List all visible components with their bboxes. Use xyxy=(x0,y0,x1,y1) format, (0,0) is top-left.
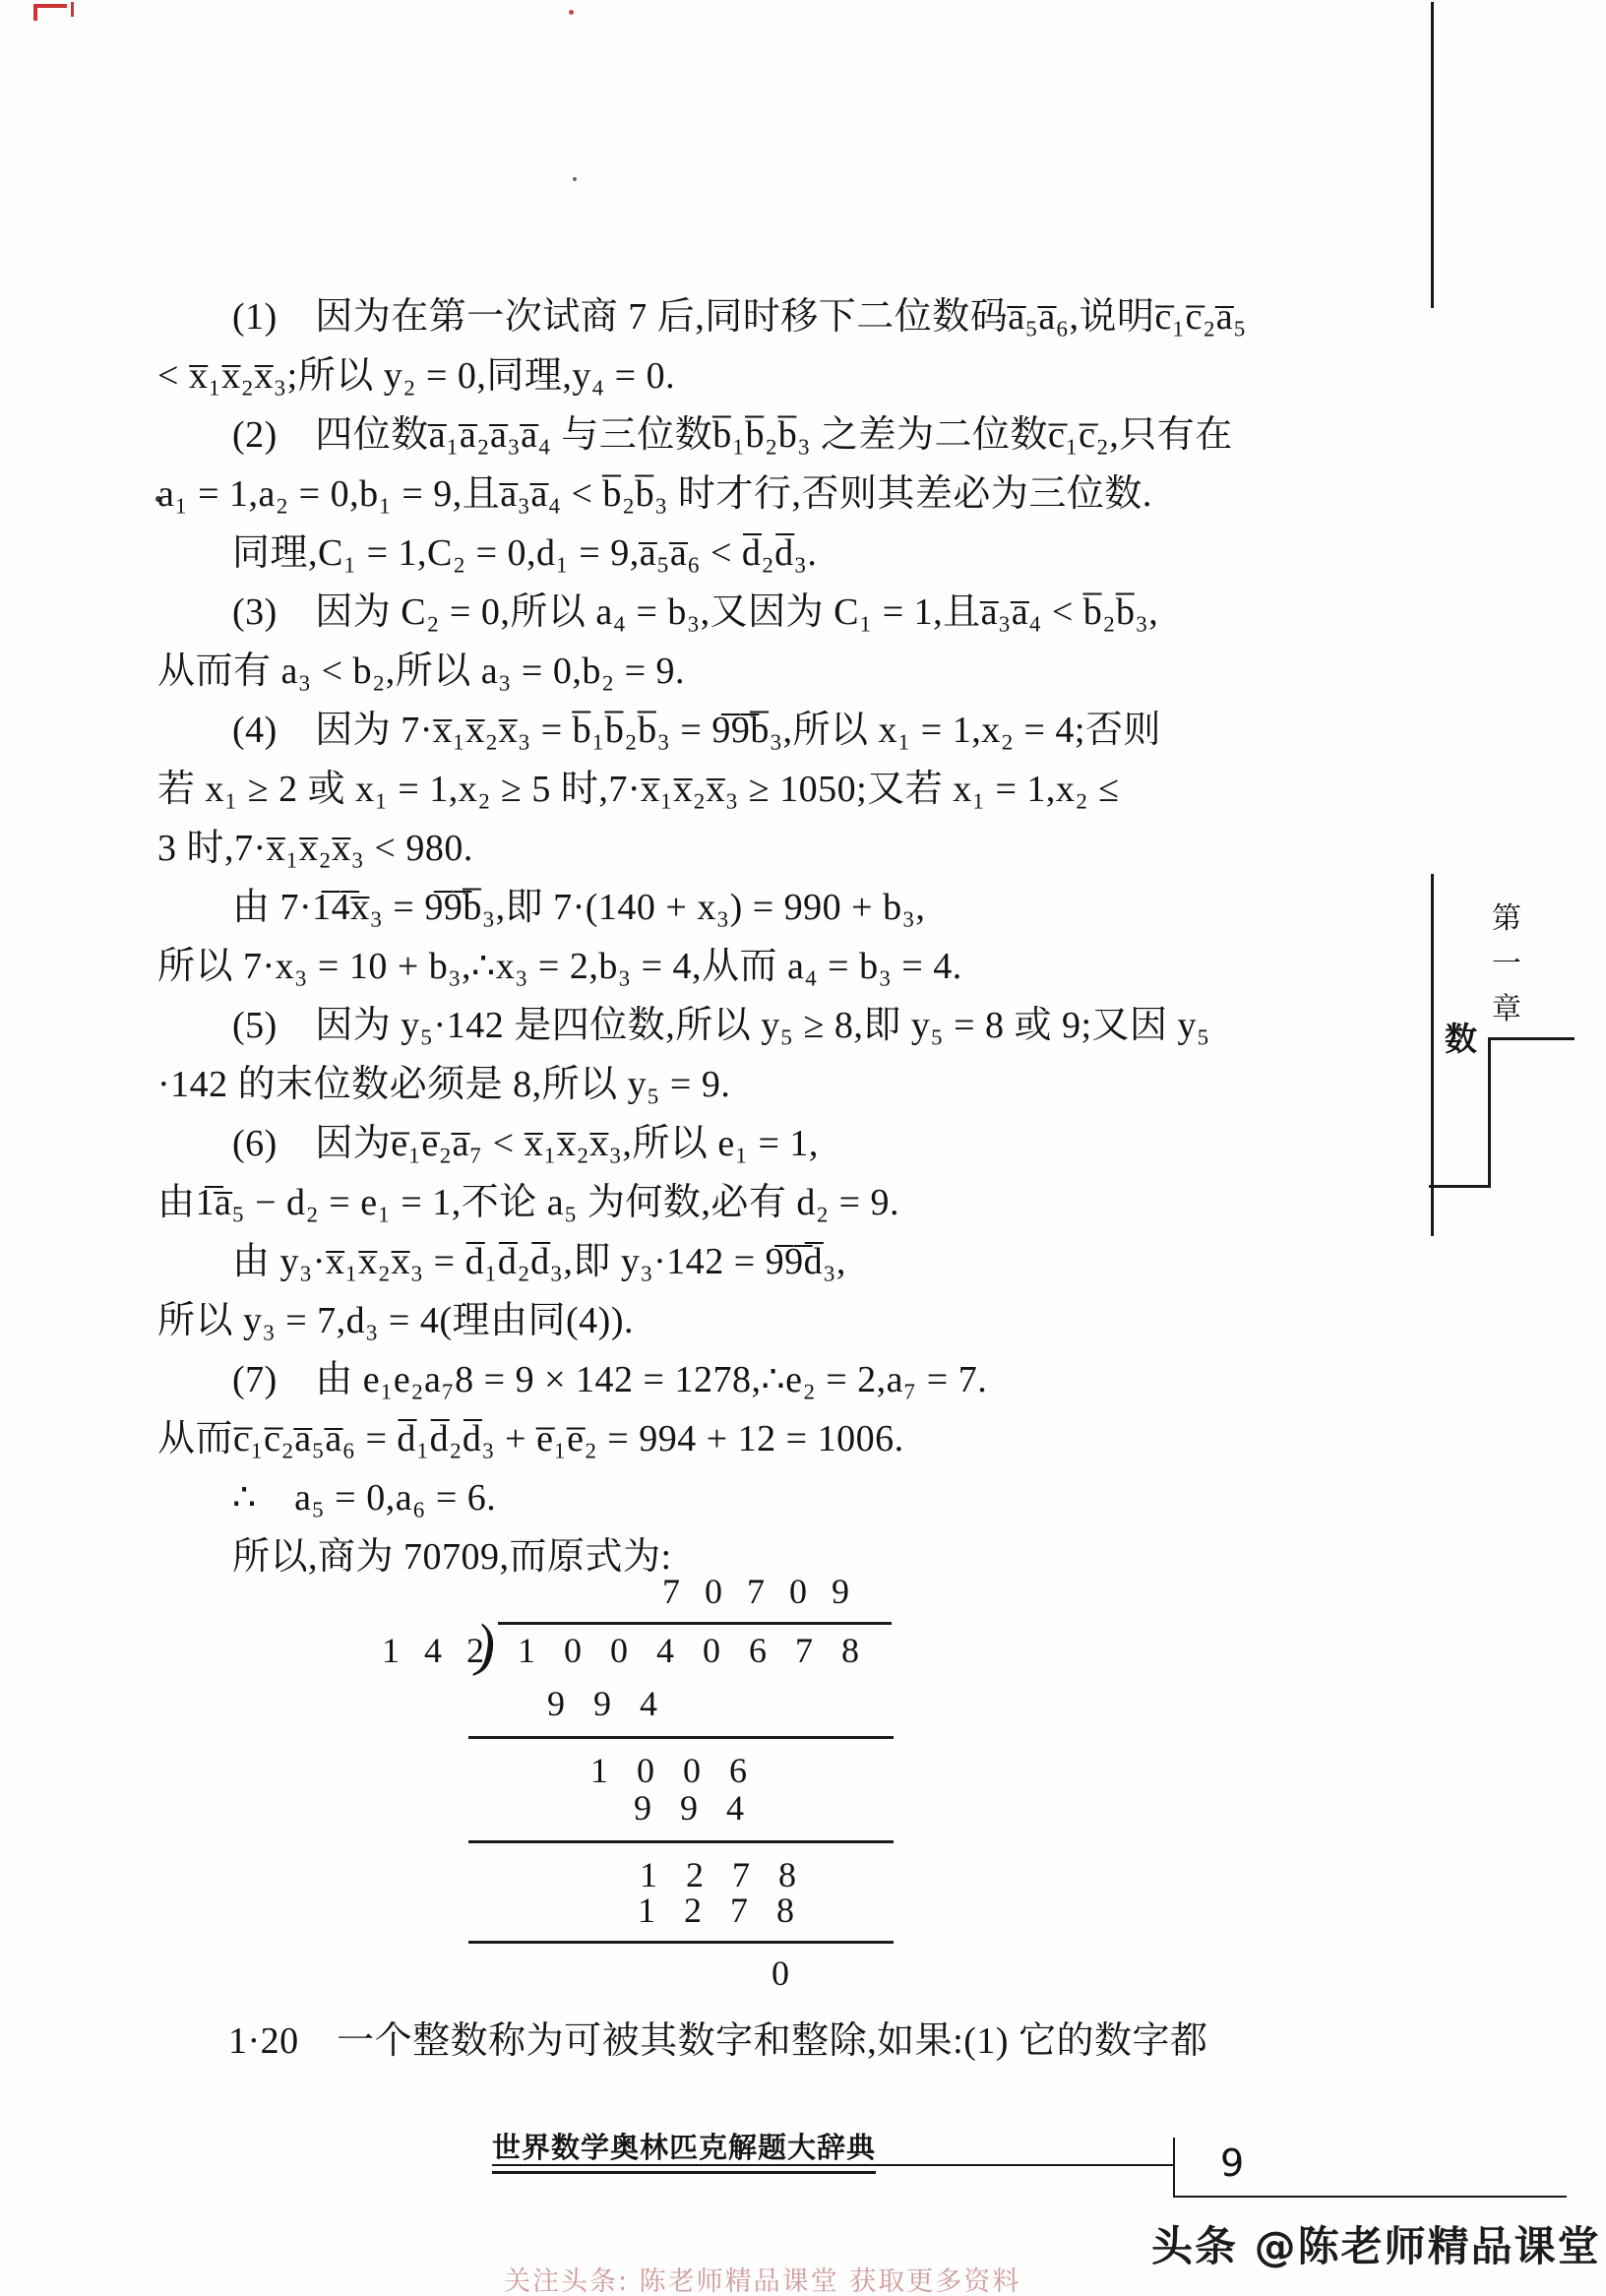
division-rule xyxy=(468,1840,894,1843)
chapter-tab: 第 一 章 xyxy=(1490,903,1523,1025)
text-line: (4) 因为 7·x̅₁x̅₂x̅₃ = b̅₁b̅₂b̅₃ = 9̅9̅b̅₃… xyxy=(232,707,1161,754)
text-line: (7) 由 e₁e₂a₇8 = 9 × 142 = 1278,∴e₂ = 2,a… xyxy=(232,1356,987,1403)
text-line: 所以 y₃ = 7,d₃ = 4(理由同(4)). xyxy=(157,1297,634,1344)
tab-step-line xyxy=(1488,1037,1575,1040)
division-rule xyxy=(468,1941,894,1944)
chapter-char: 第 xyxy=(1490,903,1523,935)
chapter-char: 一 xyxy=(1490,949,1523,980)
text-line: < x̅₁x̅₂x̅₃;所以 y₂ = 0,同理,y₄ = 0. xyxy=(157,352,675,400)
division-step: 9 9 4 xyxy=(634,1787,754,1829)
scan-red-mark xyxy=(33,4,67,21)
book-title: 世界数学奥林匹克解题大辞典 xyxy=(492,2126,876,2174)
scanned-book-page: (1) 因为在第一次试商 7 后,同时移下二位数码a̅₅a̅₆,说明c̅₁c̅₂… xyxy=(0,0,1606,2296)
promo-note: 关注头条: 陈老师精品课堂 获取更多资料 xyxy=(504,2260,1020,2296)
text-line: (2) 四位数a̅₁a̅₂a̅₃a̅₄ 与三位数b̅₁b̅₂b̅₃ 之差为二位数… xyxy=(232,411,1233,459)
text-line: 由 7·1̅4̅x̅₃ = 9̅9̅b̅₃,即 7·(140 + x₃) = 9… xyxy=(232,884,925,931)
division-step: 9 9 4 xyxy=(547,1683,667,1724)
problem-line: 1·20 一个整数称为可被其数字和整除,如果:(1) 它的数字都 xyxy=(228,2010,1208,2064)
text-line: (3) 因为 C₂ = 0,所以 a₄ = b₃,又因为 C₁ = 1,且a̅₃… xyxy=(232,589,1158,636)
section-label: 数 xyxy=(1445,1014,1477,1060)
division-bracket: ) xyxy=(470,1611,502,1681)
text-line: 若 x₁ ≥ 2 或 x₁ = 1,x₂ ≥ 5 时,7·x̅₁x̅₂x̅₃ ≥… xyxy=(157,766,1119,813)
text-line: (5) 因为 y₅·142 是四位数,所以 y₅ ≥ 8,即 y₅ = 8 或 … xyxy=(232,1002,1210,1049)
division-rule xyxy=(468,1736,894,1739)
watermark: 头条 @陈老师精品课堂 xyxy=(1151,2214,1601,2273)
footer-rule-step xyxy=(1173,2138,1175,2198)
text-line: 由1̅a̅₅ − d₂ = e₁ = 1,不论 a₅ 为何数,必有 d₂ = 9… xyxy=(157,1179,899,1226)
division-step: 1 2 7 8 xyxy=(638,1890,804,1931)
text-line: 3 时,7·x̅₁x̅₂x̅₃ < 980. xyxy=(157,825,473,872)
division-vinculum xyxy=(498,1622,892,1625)
division-step: 1 0 0 6 xyxy=(590,1750,757,1791)
division-quotient: 7 0 7 0 9 xyxy=(662,1571,857,1612)
text-line: ∴ a₅ = 0,a₆ = 6. xyxy=(232,1474,496,1521)
chapter-char: 章 xyxy=(1490,994,1523,1025)
text-line: (1) 因为在第一次试商 7 后,同时移下二位数码a̅₅a̅₆,说明c̅₁c̅₂… xyxy=(232,293,1247,341)
text-line: ·142 的末位数必须是 8,所以 y₅ = 9. xyxy=(157,1061,730,1108)
tab-step-line xyxy=(1429,1185,1491,1188)
text-line: 从而有 a₃ < b₂,所以 a₃ = 0,b₂ = 9. xyxy=(157,648,685,695)
text-line: (6) 因为e̅₁e̅₂a̅₇ < x̅₁x̅₂x̅₃,所以 e₁ = 1, xyxy=(232,1120,819,1167)
tab-step-line xyxy=(1488,1037,1491,1187)
scan-speck xyxy=(573,177,577,181)
footer-rule-right xyxy=(1173,2196,1567,2198)
division-dividend: 1 0 0 4 0 6 7 8 xyxy=(518,1630,869,1671)
page-number: 9 xyxy=(1220,2141,1244,2185)
division-remainder: 0 xyxy=(772,1953,799,1994)
text-line: 从而c̅₁c̅₂a̅₅a̅₆ = d̅₁d̅₂d̅₃ + e̅₁e̅₂ = 99… xyxy=(157,1415,904,1462)
text-line: 所以 7·x₃ = 10 + b₃,∴x₃ = 2,b₃ = 4,从而 a₄ =… xyxy=(157,943,962,990)
scan-red-tick xyxy=(71,2,74,17)
footer-rule-left xyxy=(492,2164,1173,2166)
margin-rule-top xyxy=(1431,2,1434,308)
text-line: 同理,C₁ = 1,C₂ = 0,d₁ = 9,a̅₅a̅₆ < d̅₂d̅₃. xyxy=(232,529,817,577)
scan-red-dot xyxy=(569,10,574,15)
text-line: 由 y₃·x̅₁x̅₂x̅₃ = d̅₁d̅₂d̅₃,即 y₃·142 = 9̅… xyxy=(232,1238,846,1285)
margin-rule-bottom xyxy=(1431,874,1434,1236)
text-line: a₁ = 1,a₂ = 0,b₁ = 9,且a̅₃a̅₄ < b̅₂b̅₃ 时才… xyxy=(157,470,1152,518)
long-division: 7 0 7 0 9 1 4 2 ) 1 0 0 4 0 6 7 8 9 9 4 … xyxy=(382,1571,933,2033)
